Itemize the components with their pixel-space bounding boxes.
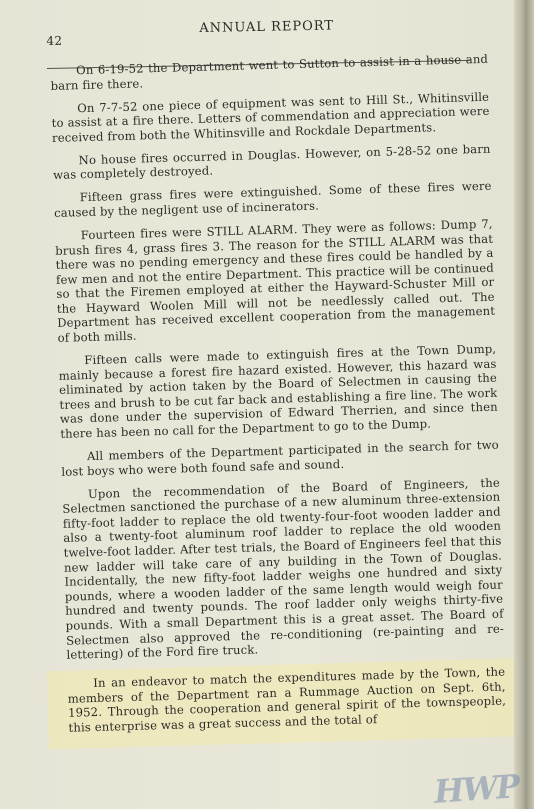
- book-spine-edge: [514, 0, 534, 809]
- paragraph-ladder-purchase: Upon the recommendation of the Board of …: [62, 475, 505, 662]
- document-page: 42 ANNUAL REPORT On 6-19-52 the Departme…: [0, 0, 514, 809]
- paragraph-whitinsville-fire: On 7-7-52 one piece of equipment was sen…: [51, 89, 490, 145]
- page-header: 42 ANNUAL REPORT: [46, 8, 472, 56]
- paragraph-house-fires: No house fires occurred in Douglas. Howe…: [53, 141, 492, 182]
- paragraph-still-alarm: Fourteen fires were STILL ALARM. They we…: [55, 217, 496, 346]
- running-title: ANNUAL REPORT: [199, 18, 334, 36]
- paragraph-rummage-auction: In an endeavor to match the expenditures…: [47, 658, 521, 750]
- watermark-logo: HWP: [433, 767, 520, 809]
- paragraph-lost-boys: All members of the Department participat…: [61, 438, 500, 479]
- page-number: 42: [46, 34, 62, 48]
- paragraph-town-dump: Fifteen calls were made to extinguish fi…: [58, 342, 498, 442]
- paragraph-sutton-fire: On 6-19-52 the Department went to Sutton…: [50, 52, 489, 93]
- body-text: On 6-19-52 the Department went to Sutton…: [50, 52, 507, 758]
- paragraph-grass-fires: Fifteen grass fires were extinguished. S…: [54, 179, 493, 220]
